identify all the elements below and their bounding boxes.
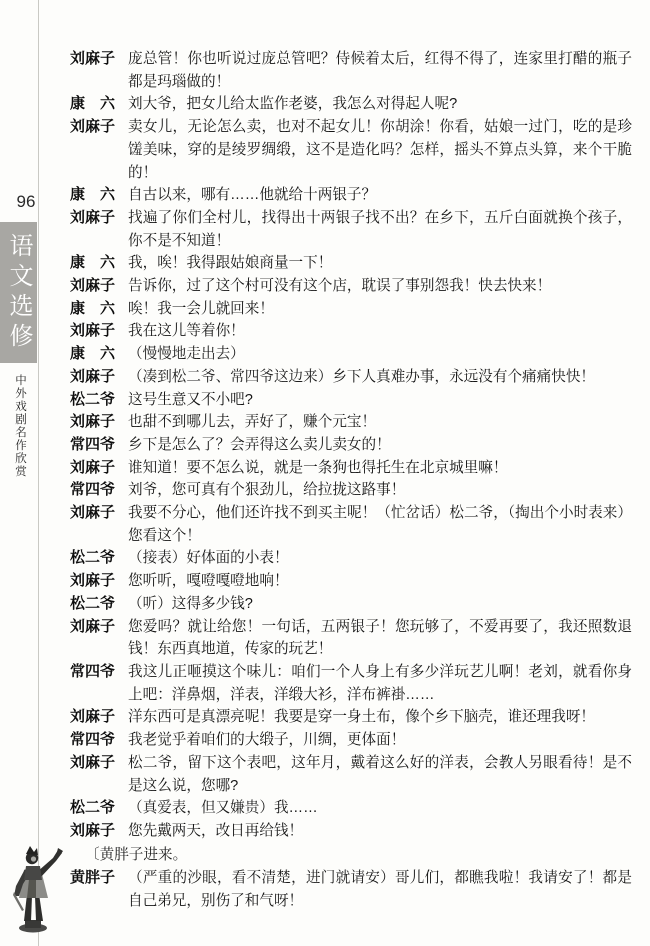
speaker-name: 刘麻子 [70, 616, 118, 661]
speech-segment: 我，唉！我得跟姑娘商量一下！ [128, 255, 332, 271]
speech-segment: 谁知道！要不怎么说，就是一条狗也得托生在北京城里嘛！ [128, 460, 507, 476]
dialogue-entry: 刘麻子庞总管！你也听说过庞总管吧？侍候着太后，红得不得了，连家里打醋的瓶子都是玛… [70, 48, 632, 93]
speech-text: 刘爷，您可真有个狠劲儿，给拉拢这路事！ [128, 479, 632, 502]
speech-text: 松二爷，留下这个表吧，这年月，戴着这么好的洋表，会教人另眼看待！是不是这么说，您… [128, 752, 632, 797]
speech-segment: 也甜不到哪儿去，弄好了，赚个元宝！ [128, 414, 376, 430]
speech-text: 卖女儿，无论怎么卖，也对不起女儿！你胡涂！你看，姑娘一过门，吃的是珍馐美味，穿的… [128, 116, 632, 184]
textbook-page: 96 语文选修 中外戏剧名作欣赏 刘麻子庞总管！你也听说过庞总管吧？侍候着太后，… [0, 0, 650, 946]
speech-text: （接表）好体面的小表！ [128, 547, 632, 570]
stage-direction-segment: （听） [128, 595, 172, 612]
speech-segment: 找遍了你们全村儿，找得出十两银子找不出？在乡下，五斤白面就换个孩子，你不是不知道… [128, 210, 632, 249]
stage-direction-segment: （凑到松二爷、常四爷这边来） [128, 368, 332, 385]
speaker-name: 刘麻子 [70, 706, 118, 729]
speech-segment: 我这儿正咂摸这个味儿：咱们一个人身上有多少洋玩艺儿啊！老刘，就看你身上吧：洋鼻烟… [128, 664, 632, 703]
dialogue-entry: 刘麻子找遍了你们全村儿，找得出十两银子找不出？在乡下，五斤白面就换个孩子，你不是… [70, 207, 632, 252]
speech-segment: 我老觉乎着咱们的大缎子，川绸，更体面！ [128, 732, 405, 748]
dialogue-entry: 常四爷乡下是怎么了？会弄得这么卖儿卖女的！ [70, 434, 632, 457]
speaker-name: 康 六 [70, 298, 118, 321]
dialogue-entry: 康 六唉！我一会儿就回来！ [70, 298, 632, 321]
speaker-name: 松二爷 [70, 593, 118, 616]
dialogue-entry: 松二爷（真爱表，但又嫌贵）我…… [70, 797, 632, 820]
dialogue-entry: 常四爷刘爷，您可真有个狠劲儿，给拉拢这路事！ [70, 479, 632, 502]
speech-text: （真爱表，但又嫌贵）我…… [128, 797, 632, 820]
stage-text: 〔黄胖子进来。 [85, 844, 632, 867]
speech-text: 您听听，嘎噔嘎噔地响！ [128, 570, 632, 593]
series-title-block: 语文选修 [0, 222, 37, 363]
speaker-name: 刘麻子 [70, 48, 118, 93]
speaker-name: 刘麻子 [70, 457, 118, 480]
speech-text: 我这儿正咂摸这个味儿：咱们一个人身上有多少洋玩艺儿啊！老刘，就看你身上吧：洋鼻烟… [128, 661, 632, 706]
speaker-name: 康 六 [70, 343, 118, 366]
speech-segment: 这得多少钱? [172, 596, 253, 612]
speaker-name: 常四爷 [70, 479, 118, 502]
speech-text: 找遍了你们全村儿，找得出十两银子找不出？在乡下，五斤白面就换个孩子，你不是不知道… [128, 207, 632, 252]
speech-text: 我，唉！我得跟姑娘商量一下！ [128, 252, 632, 275]
dialogue-entry: 常四爷我老觉乎着咱们的大缎子，川绸，更体面！ [70, 729, 632, 752]
speech-text: 庞总管！你也听说过庞总管吧？侍候着太后，红得不得了，连家里打醋的瓶子都是玛瑙做的… [128, 48, 632, 93]
speaker-name: 刘麻子 [70, 502, 118, 547]
speech-segment: 我要不分心，他们还许找不到买主呢！ [128, 505, 376, 521]
stage-direction-segment: （掏出个小时表来） [508, 504, 632, 521]
stage-direction-segment: （接表） [128, 549, 186, 566]
speech-segment: 您先戴两天，改日再给钱！ [128, 823, 303, 839]
speech-text: 唉！我一会儿就回来！ [128, 298, 632, 321]
dialogue-entry: 刘麻子谁知道！要不怎么说，就是一条狗也得托生在北京城里嘛！ [70, 457, 632, 480]
speech-segment: 刘大爷，把女儿给太监作老婆，我怎么对得起人呢? [128, 96, 457, 112]
stage-direction-line: 〔黄胖子进来。 [70, 844, 632, 867]
speaker-name: 刘麻子 [70, 275, 118, 298]
dialogue-entry: 刘麻子我在这儿等着你！ [70, 320, 632, 343]
speech-text: （慢慢地走出去） [128, 343, 632, 366]
speech-segment: 自古以来，哪有……他就给十两银子？ [128, 187, 376, 203]
speech-segment: 您爱吗？就让给您！一句话，五两银子！您玩够了，不爱再要了，我还照数退钱！东西真地… [128, 619, 632, 658]
dialogue-entry: 松二爷这号生意又不小吧? [70, 389, 632, 412]
dialogue-entry: 刘麻子卖女儿，无论怎么卖，也对不起女儿！你胡涂！你看，姑娘一过门，吃的是珍馐美味… [70, 116, 632, 184]
series-subtitle-vertical: 中外戏剧名作欣赏 [13, 374, 29, 478]
speaker-name: 康 六 [70, 93, 118, 116]
speaker-name: 刘麻子 [70, 320, 118, 343]
speech-text: 您先戴两天，改日再给钱！ [128, 820, 632, 843]
speech-text: 谁知道！要不怎么说，就是一条狗也得托生在北京城里嘛！ [128, 457, 632, 480]
speech-segment: 卖女儿，无论怎么卖，也对不起女儿！你胡涂！你看，姑娘一过门，吃的是珍馐美味，穿的… [128, 119, 632, 180]
stage-direction-segment: 〔黄胖子进来。 [85, 846, 187, 863]
dialogue-entry: 康 六自古以来，哪有……他就给十两银子？ [70, 184, 632, 207]
speech-text: （凑到松二爷、常四爷这边来）乡下人真难办事，永远没有个痛痛快快！ [128, 366, 632, 389]
stage-direction-segment: （慢慢地走出去） [128, 345, 245, 362]
speech-segment: 我…… [274, 800, 318, 816]
speech-segment: 乡下是怎么了？会弄得这么卖儿卖女的！ [128, 437, 391, 453]
speech-text: （严重的沙眼，看不清楚，进门就请安）哥儿们，都瞧我啦！我请安了！都是自己弟兄，别… [128, 867, 632, 912]
speech-segment: 您看这个！ [128, 528, 201, 544]
speech-text: 乡下是怎么了？会弄得这么卖儿卖女的！ [128, 434, 632, 457]
speaker-name: 刘麻子 [70, 752, 118, 797]
speech-segment: 乡下人真难办事，永远没有个痛痛快快！ [332, 369, 595, 385]
dialogue-entry: 康 六（慢慢地走出去） [70, 343, 632, 366]
dialogue-entry: 黄胖子（严重的沙眼，看不清楚，进门就请安）哥儿们，都瞧我啦！我请安了！都是自己弟… [70, 867, 632, 912]
speaker-name: 松二爷 [70, 547, 118, 570]
dialogue-list: 刘麻子庞总管！你也听说过庞总管吧？侍候着太后，红得不得了，连家里打醋的瓶子都是玛… [70, 48, 632, 913]
speaker-name: 松二爷 [70, 797, 118, 820]
dialogue-entry: 刘麻子我要不分心，他们还许找不到买主呢！（忙岔话）松二爷，（掏出个小时表来）您看… [70, 502, 632, 547]
dialogue-entry: 刘麻子您先戴两天，改日再给钱！ [70, 820, 632, 843]
speaker-name: 刘麻子 [70, 116, 118, 184]
page-number: 96 [14, 192, 38, 212]
speech-segment: 庞总管！你也听说过庞总管吧？侍候着太后，红得不得了，连家里打醋的瓶子都是玛瑙做的… [128, 51, 632, 90]
speech-segment: 洋东西可是真漂亮呢！我要是穿一身土布，像个乡下脑壳，谁还理我呀！ [128, 709, 595, 725]
dialogue-entry: 刘麻子告诉你，过了这个村可没有这个店，耽误了事别怨我！快去快来！ [70, 275, 632, 298]
dialogue-entry: 康 六我，唉！我得跟姑娘商量一下！ [70, 252, 632, 275]
stage-direction-segment: （真爱表，但又嫌贵） [128, 799, 274, 816]
dialogue-entry: 刘麻子洋东西可是真漂亮呢！我要是穿一身土布，像个乡下脑壳，谁还理我呀！ [70, 706, 632, 729]
speech-segment: 我在这儿等着你！ [128, 323, 245, 339]
dialogue-entry: 松二爷（接表）好体面的小表！ [70, 547, 632, 570]
speech-segment: 松二爷， [449, 505, 507, 521]
speaker-name: 松二爷 [70, 389, 118, 412]
stage-direction-segment: （严重的沙眼，看不清楚，进门就请安） [128, 869, 395, 886]
speech-segment: 好体面的小表！ [186, 550, 288, 566]
speaker-name: 刘麻子 [70, 207, 118, 252]
speaker-name: 刘麻子 [70, 570, 118, 593]
speech-text: 我在这儿等着你！ [128, 320, 632, 343]
speech-text: 告诉你，过了这个村可没有这个店，耽误了事别怨我！快去快来！ [128, 275, 632, 298]
speech-text: 也甜不到哪儿去，弄好了，赚个元宝！ [128, 411, 632, 434]
dialogue-entry: 康 六刘大爷，把女儿给太监作老婆，我怎么对得起人呢? [70, 93, 632, 116]
speech-text: 自古以来，哪有……他就给十两银子？ [128, 184, 632, 207]
speech-text: 您爱吗？就让给您！一句话，五两银子！您玩够了，不爱再要了，我还照数退钱！东西真地… [128, 616, 632, 661]
speech-text: 我老觉乎着咱们的大缎子，川绸，更体面！ [128, 729, 632, 752]
speech-text: 我要不分心，他们还许找不到买主呢！（忙岔话）松二爷，（掏出个小时表来）您看这个！ [128, 502, 632, 547]
dialogue-entry: 刘麻子您听听，嘎噔嘎噔地响！ [70, 570, 632, 593]
speech-segment: 这号生意又不小吧? [128, 392, 253, 408]
stage-direction-segment: （忙岔话） [376, 504, 449, 521]
speaker-name: 刘麻子 [70, 820, 118, 843]
dialogue-entry: 刘麻子也甜不到哪儿去，弄好了，赚个元宝！ [70, 411, 632, 434]
speech-text: 这号生意又不小吧? [128, 389, 632, 412]
speaker-name: 康 六 [70, 184, 118, 207]
speech-text: 刘大爷，把女儿给太监作老婆，我怎么对得起人呢? [128, 93, 632, 116]
speech-segment: 您听听，嘎噔嘎噔地响！ [128, 573, 289, 589]
speaker-name: 常四爷 [70, 434, 118, 457]
speech-segment: 刘爷，您可真有个狠劲儿，给拉拢这路事！ [128, 482, 405, 498]
dialogue-entry: 松二爷（听）这得多少钱? [70, 593, 632, 616]
dialogue-entry: 刘麻子您爱吗？就让给您！一句话，五两银子！您玩够了，不爱再要了，我还照数退钱！东… [70, 616, 632, 661]
dialogue-entry: 刘麻子松二爷，留下这个表吧，这年月，戴着这么好的洋表，会教人另眼看待！是不是这么… [70, 752, 632, 797]
speaker-name: 常四爷 [70, 729, 118, 752]
speaker-name: 刘麻子 [70, 411, 118, 434]
speaker-name: 常四爷 [70, 661, 118, 706]
speaker-name: 刘麻子 [70, 366, 118, 389]
speaker-name: 康 六 [70, 252, 118, 275]
dialogue-entry: 刘麻子（凑到松二爷、常四爷这边来）乡下人真难办事，永远没有个痛痛快快！ [70, 366, 632, 389]
statue-figurine-illustration [6, 836, 64, 936]
speech-text: （听）这得多少钱? [128, 593, 632, 616]
margin-rule [38, 0, 39, 946]
speaker-name: 黄胖子 [70, 867, 118, 912]
dialogue-entry: 常四爷我这儿正咂摸这个味儿：咱们一个人身上有多少洋玩艺儿啊！老刘，就看你身上吧：… [70, 661, 632, 706]
series-title-vertical: 语文选修 [0, 233, 37, 353]
speech-segment: 告诉你，过了这个村可没有这个店，耽误了事别怨我！快去快来！ [128, 278, 551, 294]
speech-segment: 唉！我一会儿就回来！ [128, 301, 274, 317]
speech-segment: 松二爷，留下这个表吧，这年月，戴着这么好的洋表，会教人另眼看待！是不是这么说，您… [128, 755, 632, 794]
speech-text: 洋东西可是真漂亮呢！我要是穿一身土布，像个乡下脑壳，谁还理我呀！ [128, 706, 632, 729]
